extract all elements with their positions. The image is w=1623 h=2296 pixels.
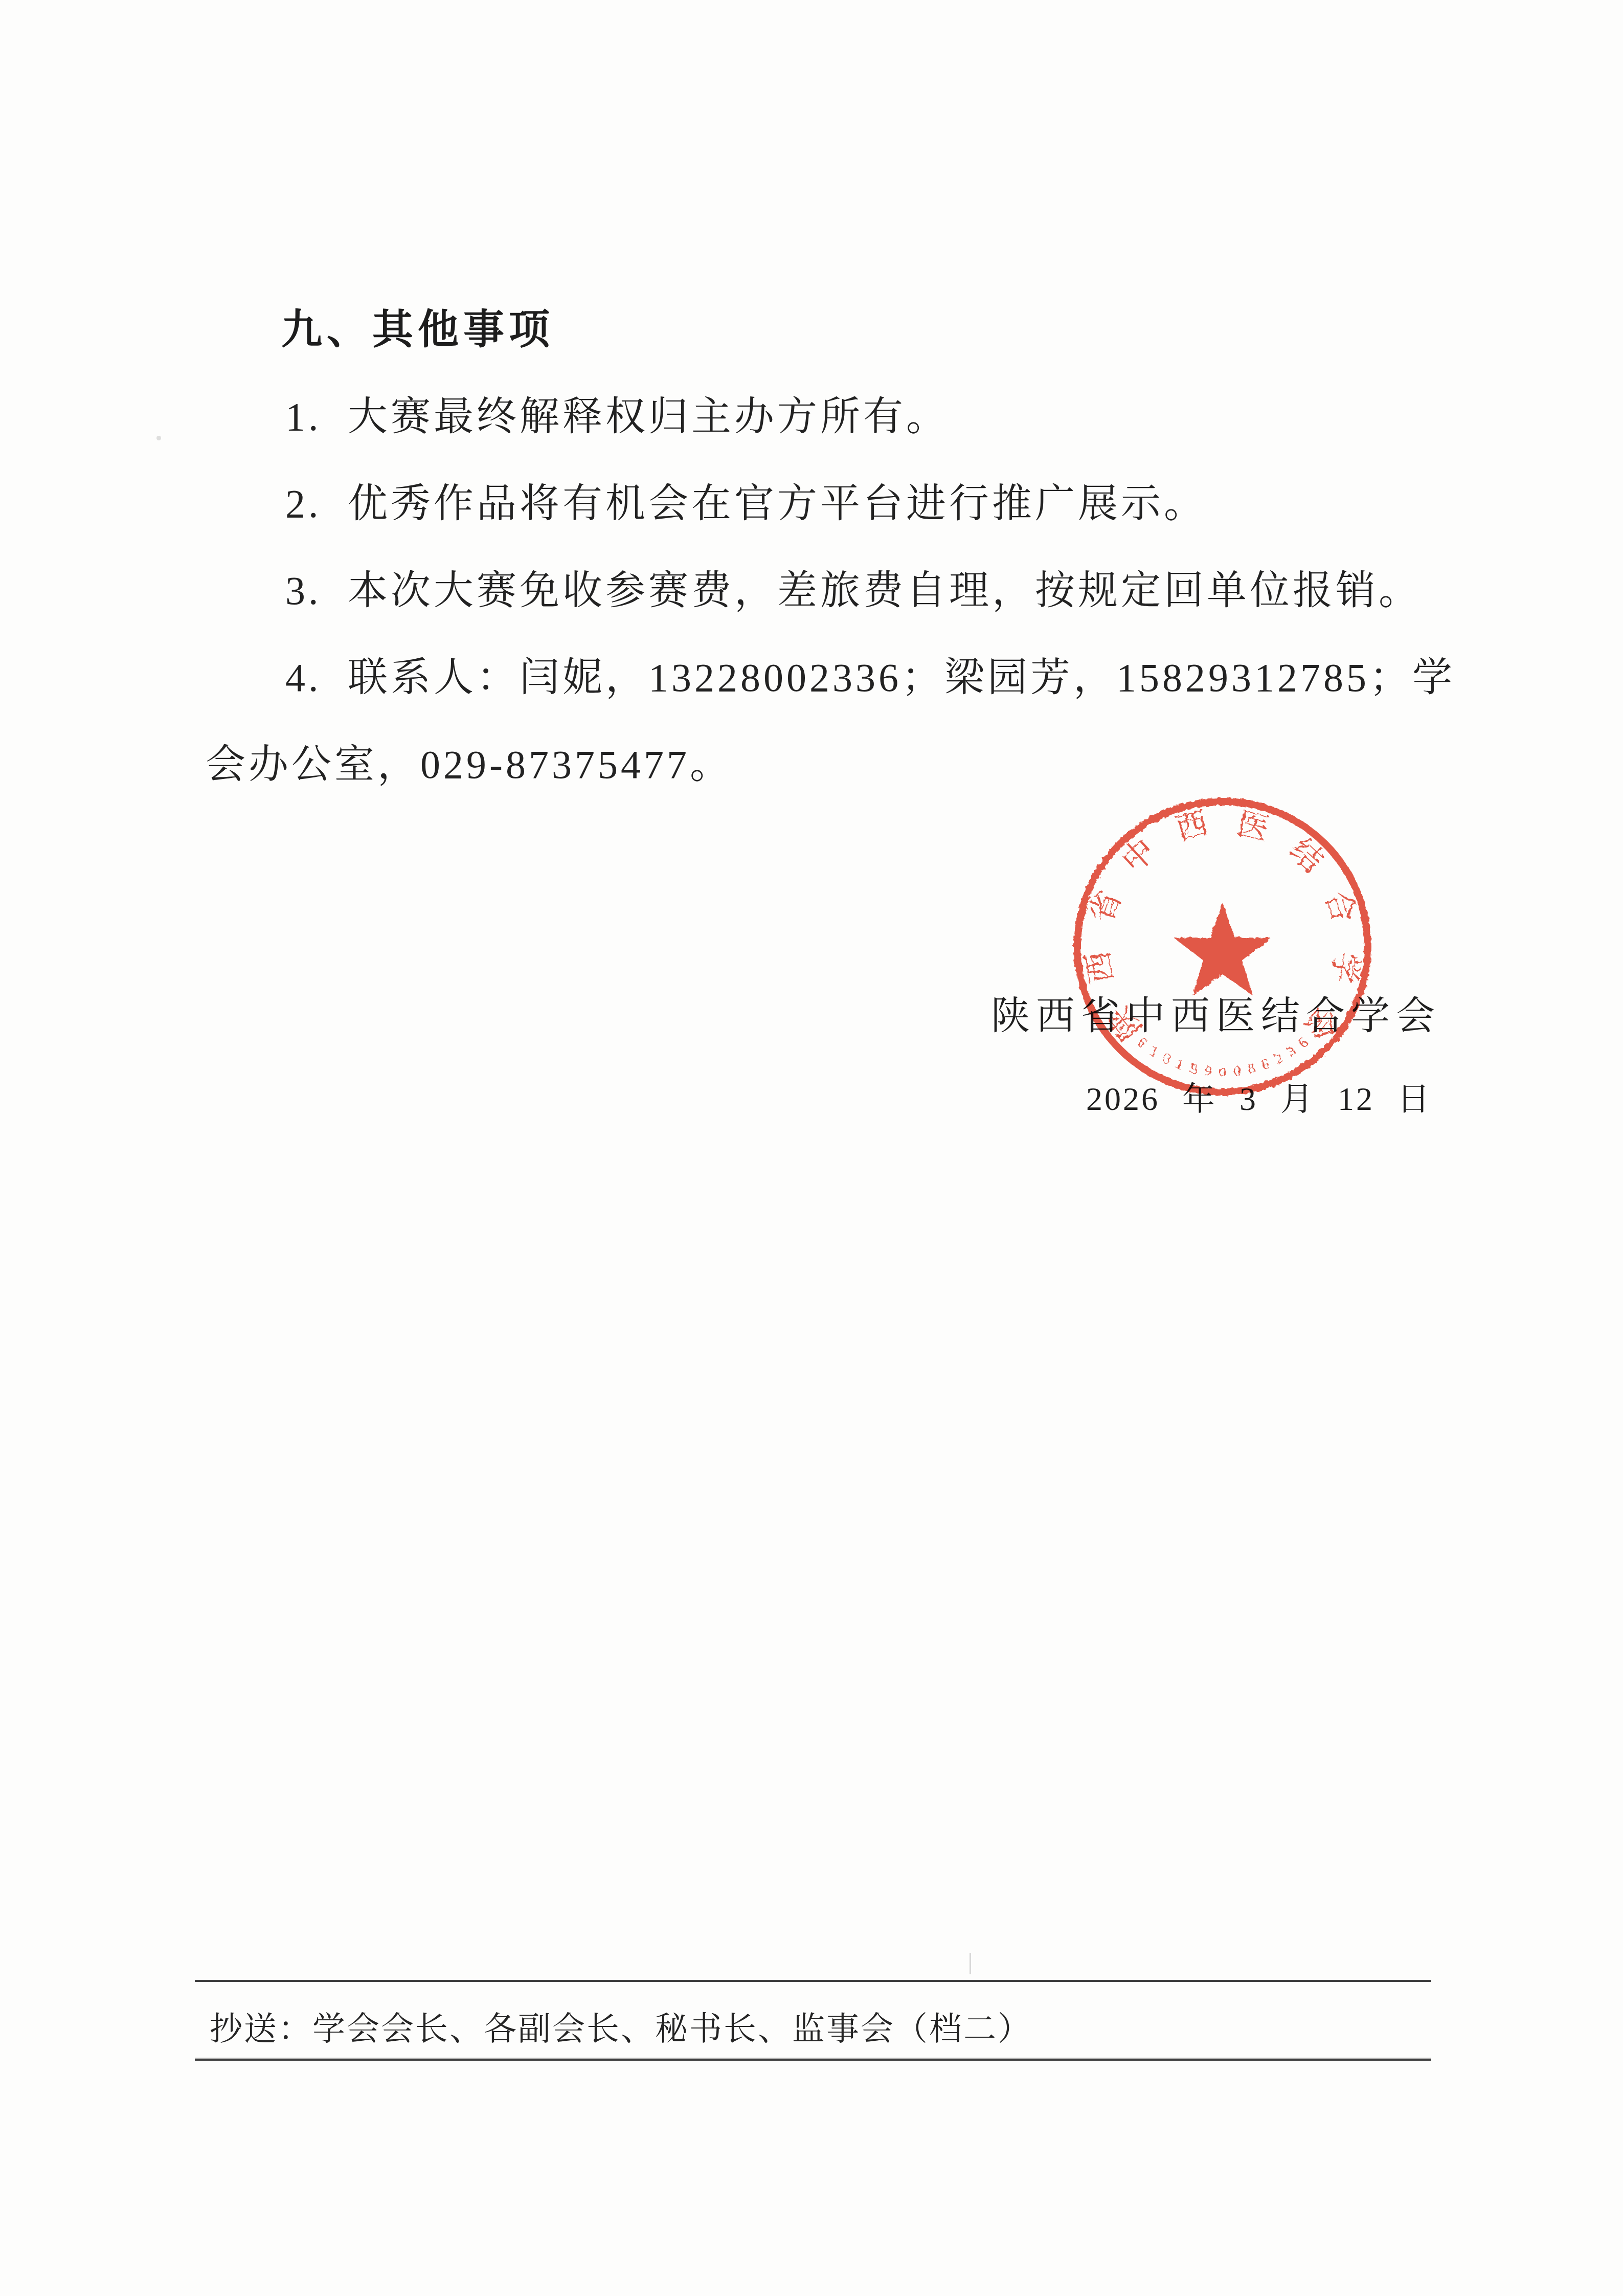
svg-text:6: 6: [1259, 1056, 1272, 1074]
section-heading: 九、其他事项: [206, 286, 1428, 373]
svg-text:6: 6: [1134, 1034, 1151, 1052]
svg-text:3: 3: [1284, 1042, 1299, 1060]
svg-text:1: 1: [1174, 1056, 1186, 1074]
footer-divider-top: [195, 1980, 1431, 1982]
svg-text:西: 西: [1173, 806, 1212, 848]
body-line: 2. 优秀作品将有机会在官方平台进行推广展示。: [206, 460, 1428, 547]
seal-star-icon: [1174, 903, 1271, 995]
scan-artifact: [970, 1953, 971, 1974]
svg-text:8: 8: [1246, 1060, 1257, 1077]
svg-text:1: 1: [1146, 1042, 1162, 1060]
svg-text:医: 医: [1233, 806, 1273, 848]
seal-serial-number: 6101990086236: [1134, 1034, 1312, 1080]
body-line: 4. 联系人：闫妮，13228002336；梁园芳，15829312785；学: [206, 634, 1428, 721]
footer-divider-bottom: [195, 2059, 1431, 2061]
svg-text:2: 2: [1272, 1050, 1286, 1067]
svg-text:西: 西: [1081, 949, 1120, 986]
cc-distribution-line: 抄送：学会会长、各副会长、秘书长、监事会（档二）: [210, 2011, 1032, 2047]
svg-text:0: 0: [1232, 1063, 1242, 1080]
svg-text:9: 9: [1203, 1063, 1212, 1080]
svg-text:0: 0: [1159, 1050, 1173, 1067]
official-seal-stamp: 陕西省中西医结合学会 6101990086236: [1067, 795, 1379, 1099]
body-line: 3. 本次大赛免收参赛费，差旅费自理，按规定回单位报销。: [206, 547, 1428, 634]
svg-text:6: 6: [1295, 1034, 1312, 1052]
document-body: 九、其他事项 1. 大赛最终解释权归主办方所有。 2. 优秀作品将有机会在官方平…: [206, 286, 1428, 808]
body-line: 1. 大赛最终解释权归主办方所有。: [206, 373, 1428, 460]
svg-text:9: 9: [1188, 1060, 1199, 1077]
svg-text:学: 学: [1325, 949, 1364, 986]
scan-artifact: [156, 436, 161, 440]
document-page: 九、其他事项 1. 大赛最终解释权归主办方所有。 2. 优秀作品将有机会在官方平…: [0, 0, 1623, 2296]
svg-text:0: 0: [1219, 1064, 1227, 1080]
